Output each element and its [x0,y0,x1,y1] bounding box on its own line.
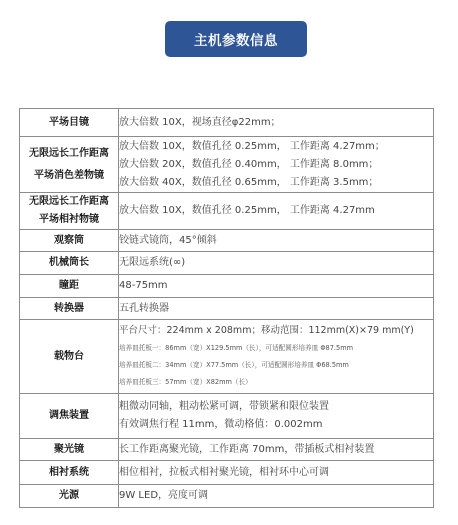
value-text: 培养皿托板二：34mm（宽）X77.5mm（长），可适配圆形培养皿 Φ68.5m… [119,357,433,374]
label-text: 无限远长工作距离 [20,143,118,165]
section-title-badge: 主机参数信息 [165,21,307,57]
row-value: 放大倍数 10X，数值孔径 0.25mm， 工作距离 4.27mm； 放大倍数 … [119,137,434,193]
table-row: 相衬系统 相位相衬，拉板式相衬聚光镜，相衬环中心可调 [20,461,434,485]
table-row: 载物台 平台尺寸：224mm x 208mm；移动范围：112mm(X)×79 … [20,320,434,394]
value-text: 放大倍数 20X，数值孔径 0.40mm， 工作距离 8.0mm； [119,156,433,174]
value-text: 有效调焦行程 11mm，微动格值：0.002mm [119,416,433,434]
row-label: 光源 [20,485,119,508]
label-text: 观察筒 [20,232,118,250]
value-text: 培养皿托板三：57mm（宽）X82mm（长） [119,374,433,391]
table-row: 光源 9W LED，亮度可调 [20,485,434,508]
table-row: 瞳距 48-75mm [20,275,434,298]
label-text: 平场目镜 [20,114,118,132]
table-row: 平场目镜 放大倍数 10X，视场直径φ22mm； [20,109,434,137]
table-row: 无限远长工作距离 平场相衬物镜 放大倍数 10X，数值孔径 0.25mm， 工作… [20,193,434,230]
row-label: 机械筒长 [20,252,119,275]
value-text: 9W LED，亮度可调 [119,487,433,505]
row-label: 无限远长工作距离 平场消色差物镜 [20,137,119,193]
value-text: 相位相衬，拉板式相衬聚光镜，相衬环中心可调 [119,464,433,482]
label-text: 调焦装置 [20,407,118,425]
row-label: 观察筒 [20,230,119,252]
row-label: 平场目镜 [20,109,119,137]
row-value: 48-75mm [119,275,434,298]
label-text: 载物台 [20,348,118,366]
row-value: 放大倍数 10X，数值孔径 0.25mm， 工作距离 4.27mm [119,193,434,230]
label-text: 机械筒长 [20,254,118,272]
value-text: 48-75mm [119,277,433,295]
table-row: 聚光镜 长工作距离聚光镜，工作距离 70mm，带插板式相衬装置 [20,439,434,461]
table-row: 无限远长工作距离 平场消色差物镜 放大倍数 10X，数值孔径 0.25mm， 工… [20,137,434,193]
value-text: 培养皿托板一：86mm（宽）X129.5mm（长），可适配圆形培养皿 Φ87.5… [119,340,433,357]
row-value: 平台尺寸：224mm x 208mm；移动范围：112mm(X)×79 mm(Y… [119,320,434,394]
label-text: 无限远长工作距离 [20,193,118,211]
value-text: 长工作距离聚光镜，工作距离 70mm，带插板式相衬装置 [119,441,433,459]
table-row: 调焦装置 粗微动同轴，粗动松紧可调，带锁紧和限位装置 有效调焦行程 11mm，微… [20,394,434,439]
value-text: 放大倍数 40X，数值孔径 0.65mm， 工作距离 3.5mm； [119,174,433,192]
row-value: 放大倍数 10X，视场直径φ22mm； [119,109,434,137]
value-text: 铰链式镜筒，45°倾斜 [119,232,433,250]
table-row: 转换器 五孔转换器 [20,298,434,320]
label-text: 相衬系统 [20,464,118,482]
row-value: 相位相衬，拉板式相衬聚光镜，相衬环中心可调 [119,461,434,485]
row-label: 相衬系统 [20,461,119,485]
section-title: 主机参数信息 [194,29,278,49]
row-value: 9W LED，亮度可调 [119,485,434,508]
label-text: 光源 [20,487,118,505]
row-label: 无限远长工作距离 平场相衬物镜 [20,193,119,230]
label-text: 瞳距 [20,277,118,295]
label-text: 聚光镜 [20,441,118,459]
value-text: 放大倍数 10X，数值孔径 0.25mm， 工作距离 4.27mm [119,202,433,220]
value-text: 放大倍数 10X，数值孔径 0.25mm， 工作距离 4.27mm； [119,138,433,156]
value-text: 五孔转换器 [119,300,433,318]
value-text: 粗微动同轴，粗动松紧可调，带锁紧和限位装置 [119,398,433,416]
value-text: 平台尺寸：224mm x 208mm；移动范围：112mm(X)×79 mm(Y… [119,322,433,340]
row-label: 转换器 [20,298,119,320]
value-text: 无限远系统(∞) [119,254,433,272]
row-value: 长工作距离聚光镜，工作距离 70mm，带插板式相衬装置 [119,439,434,461]
row-label: 调焦装置 [20,394,119,439]
row-value: 五孔转换器 [119,298,434,320]
row-label: 瞳距 [20,275,119,298]
label-text: 平场相衬物镜 [20,211,118,229]
row-value: 铰链式镜筒，45°倾斜 [119,230,434,252]
row-value: 无限远系统(∞) [119,252,434,275]
row-label: 聚光镜 [20,439,119,461]
row-label: 载物台 [20,320,119,394]
table-row: 机械筒长 无限远系统(∞) [20,252,434,275]
spec-table: 平场目镜 放大倍数 10X，视场直径φ22mm； 无限远长工作距离 平场消色差物… [19,108,434,508]
row-value: 粗微动同轴，粗动松紧可调，带锁紧和限位装置 有效调焦行程 11mm，微动格值：0… [119,394,434,439]
label-text: 转换器 [20,300,118,318]
value-text: 放大倍数 10X，视场直径φ22mm； [119,114,433,132]
table-row: 观察筒 铰链式镜筒，45°倾斜 [20,230,434,252]
label-text: 平场消色差物镜 [20,165,118,187]
